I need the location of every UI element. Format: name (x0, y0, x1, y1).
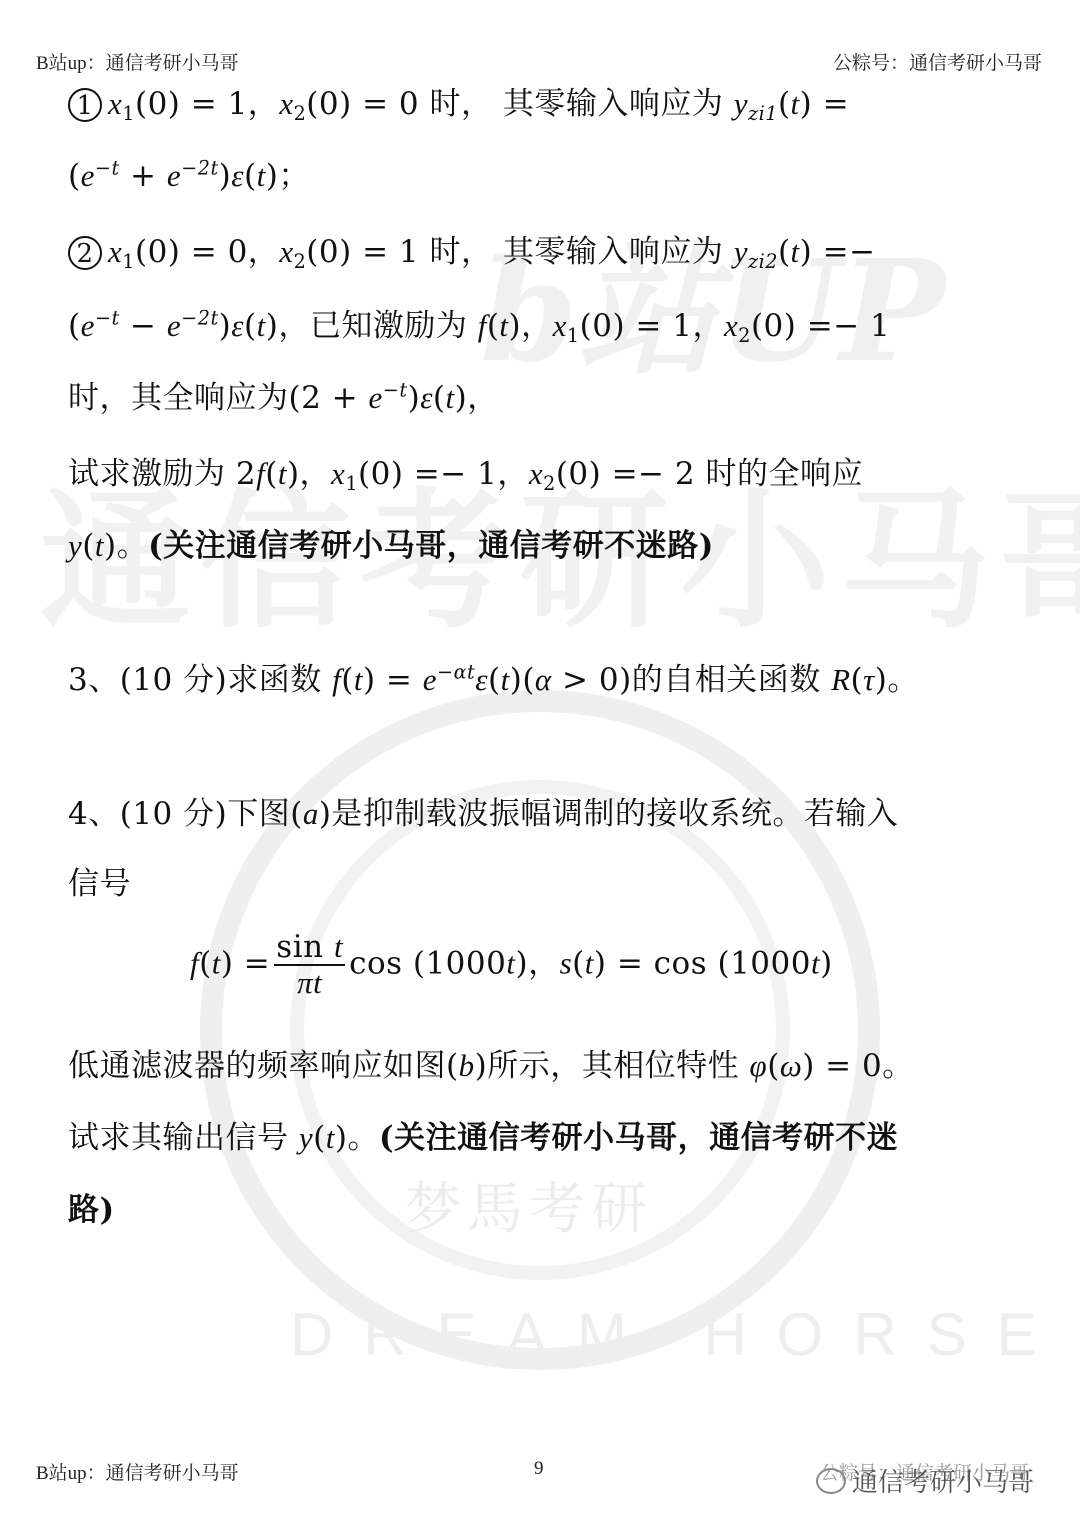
watermark-seal-ring: DREAM HORSE (290, 1300, 1067, 1369)
circled-number-2: 2 (68, 236, 102, 270)
promo-text-2: (关注通信考研小马哥，通信考研不迷 (379, 1120, 898, 1156)
problem4-formula: f(t) =sin tπtcos (1000t)，s(t) = cos (100… (190, 930, 833, 1000)
footer-left: B站up：通信考研小马哥 (36, 1458, 239, 1485)
header-right: 公粽号：通信考研小马哥 (833, 48, 1042, 75)
problem4-line2: 信号 (68, 858, 131, 903)
circled-number-1: 1 (68, 88, 102, 122)
case1-line: 1x1(0) = 1，x2(0) = 0 时， 其零输入响应为 yzi1(t) … (68, 78, 849, 125)
watermark-seal-text: 梦馬考研 (405, 1165, 653, 1245)
problem3: 3、(10 分)求函数 f(t) = e−αtε(t)(α > 0)的自相关函数… (68, 654, 919, 699)
wechat-account-name: 通信考研小马哥 (852, 1462, 1034, 1499)
problem4-line5: 路) (68, 1184, 115, 1229)
question-line1: 试求激励为 2f(t)，x1(0) =− 1，x2(0) =− 2 时的全响应 (68, 448, 863, 495)
wechat-overlay: 通信考研小马哥 (816, 1462, 1034, 1499)
wechat-icon (816, 1468, 846, 1494)
problem4-line3: 低通滤波器的频率响应如图(b)所示，其相位特性 φ(ω) = 0。 (68, 1040, 914, 1085)
problem4-line1: 4、(10 分)下图(a)是抑制载波振幅调制的接收系统。若输入 (68, 788, 898, 833)
problem4-line4: 试求其输出信号 y(t)。(关注通信考研小马哥，通信考研不迷 (68, 1112, 898, 1157)
case2-line: 2x1(0) = 0，x2(0) = 1 时， 其零输入响应为 yzi2(t) … (68, 226, 876, 273)
question-line2: y(t)。(关注通信考研小马哥，通信考研不迷路) (68, 520, 714, 565)
watermark-seal-inner (290, 780, 790, 1280)
case2-line2: (e−t − e−2t)ε(t)，已知激励为 f(t)，x1(0) = 1，x2… (68, 300, 890, 347)
case1-line2: (e−t + e−2t)ε(t)； (68, 150, 310, 195)
case2-line3: 时，其全响应为(2 + e−t)ε(t)， (68, 372, 499, 417)
promo-text: (关注通信考研小马哥，通信考研不迷路) (148, 528, 714, 564)
header-left: B站up：通信考研小马哥 (36, 48, 239, 75)
page-number: 9 (534, 1458, 544, 1480)
